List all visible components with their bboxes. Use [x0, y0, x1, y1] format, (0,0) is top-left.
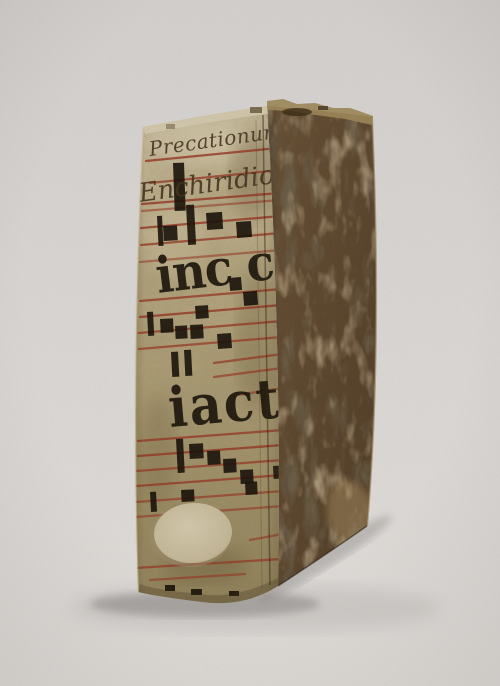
- book-photo: Precationum Enchiridion inc ca iacte: [0, 0, 500, 686]
- photo-scene: Precationum Enchiridion inc ca iacte: [0, 0, 500, 686]
- photo-grain: [0, 0, 500, 686]
